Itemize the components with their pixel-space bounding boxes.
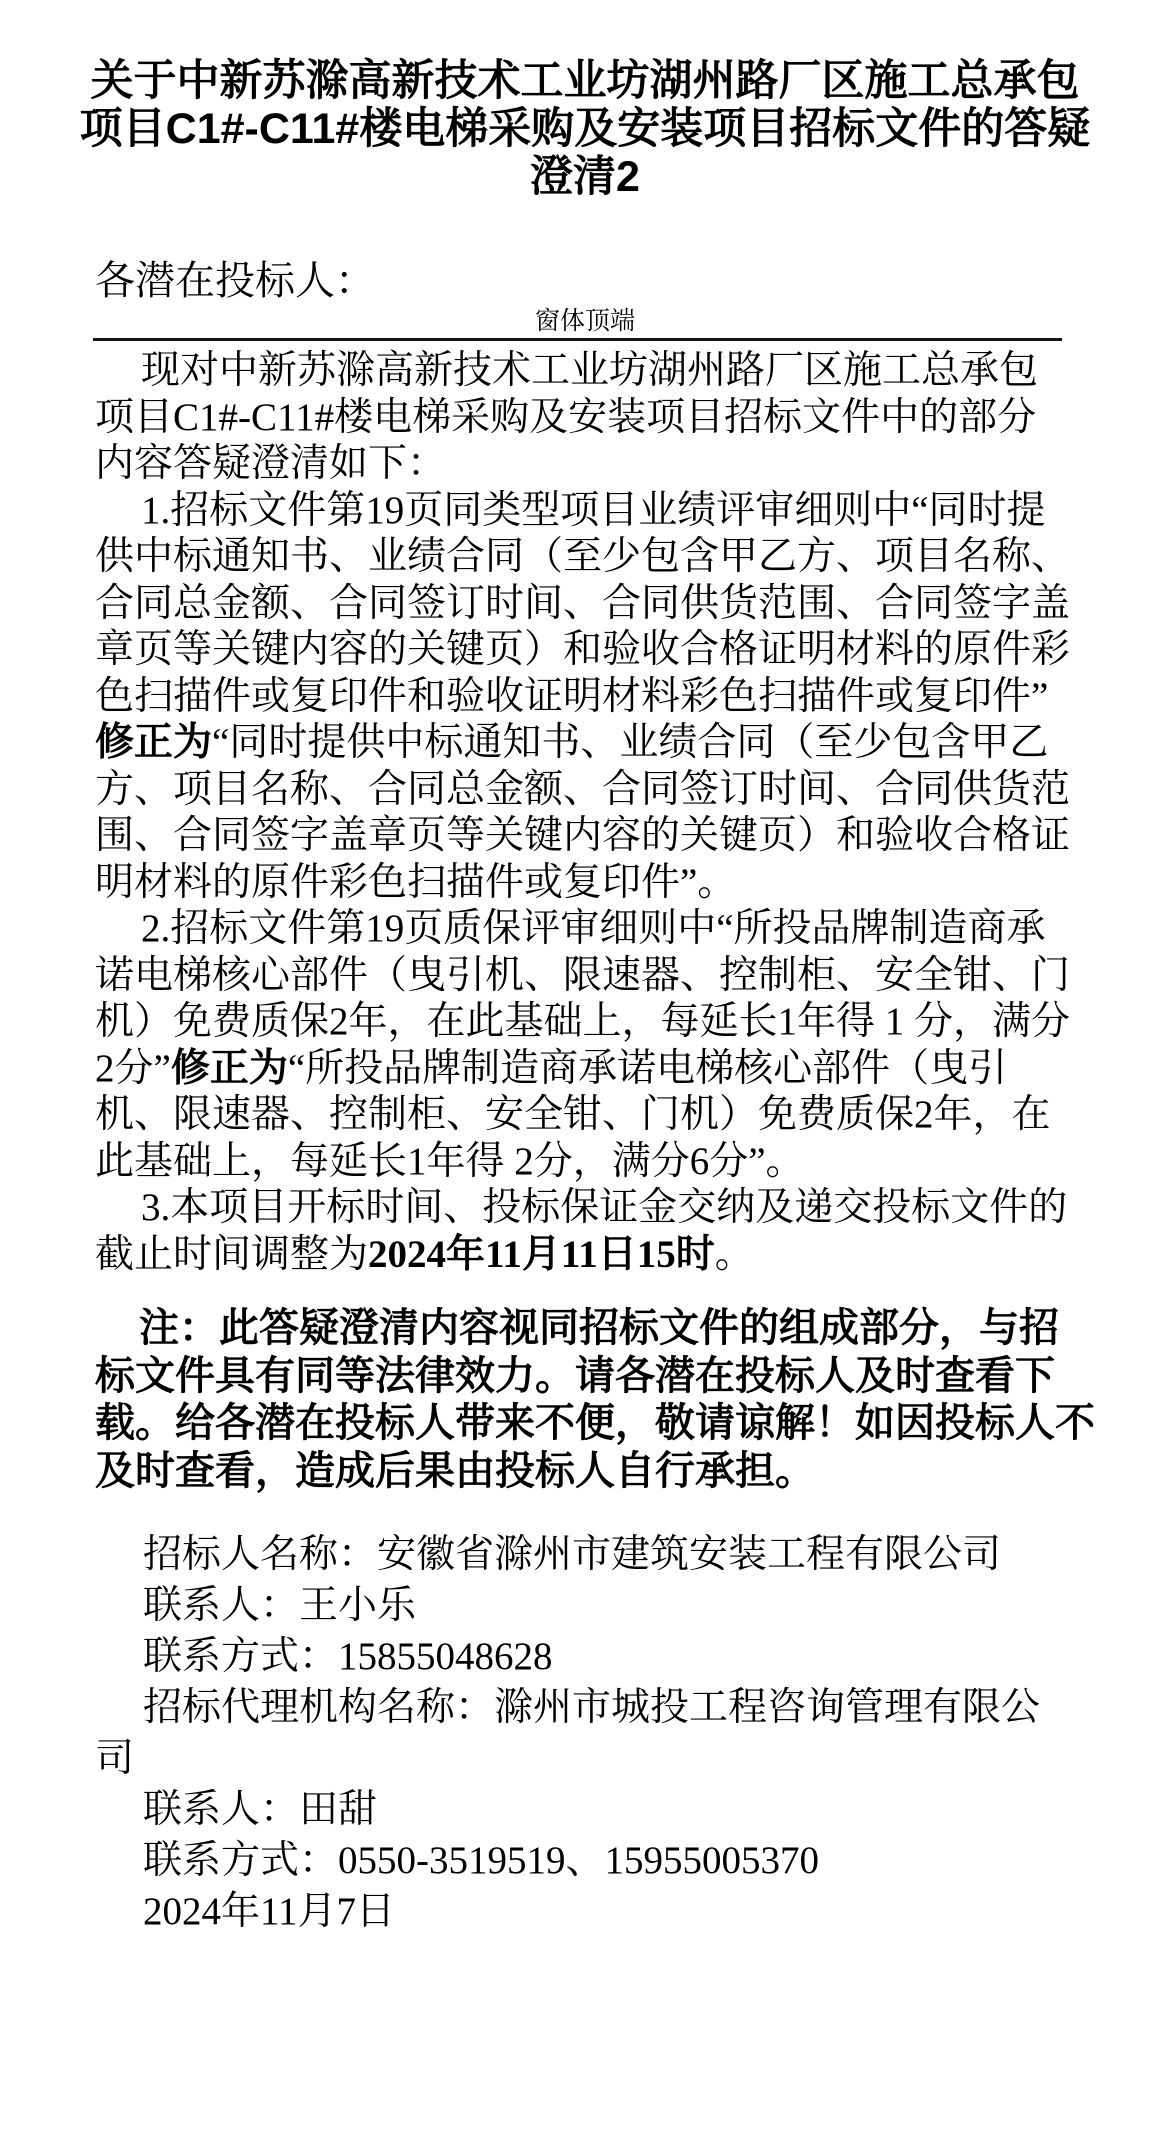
tenderer-phone-line: 联系方式：15855048628 — [95, 1631, 1115, 1682]
agency-contact-person-line: 联系人：田甜 — [95, 1784, 1115, 1835]
paragraph-item-2: 2.招标文件第19页质保评审细则中“所投品牌制造商承诺电梯核心部件（曳引机、限速… — [95, 906, 1115, 1185]
paragraph-item-3: 3.本项目开标时间、投标保证金交纳及递交投标文件的截止时间调整为2024年11月… — [95, 1185, 1115, 1278]
tenderer-name-line: 招标人名称：安徽省滁州市建筑安装工程有限公司 — [95, 1529, 1115, 1580]
tenderer-contact-person-line: 联系人：王小乐 — [95, 1580, 1115, 1631]
salutation: 各潜在投标人： — [95, 257, 1120, 304]
agency-phone-line: 联系方式：0550-3519519、15955005370 — [95, 1835, 1115, 1886]
document-date-line: 2024年11月7日 — [95, 1886, 1115, 1937]
contact-block: 招标人名称：安徽省滁州市建筑安装工程有限公司 联系人：王小乐 联系方式：1585… — [95, 1529, 1115, 1937]
form-top-label: 窗体顶端 — [0, 307, 1170, 336]
paragraph-item-1: 1.招标文件第19页同类型项目业绩评审细则中“同时提供中标通知书、业绩合同（至少… — [95, 488, 1115, 907]
document-title: 关于中新苏滁高新技术工业坊湖州路厂区施工总承包项目C1#-C11#楼电梯采购及安… — [55, 57, 1115, 201]
document-page: 关于中新苏滁高新技术工业坊湖州路厂区施工总承包项目C1#-C11#楼电梯采购及安… — [0, 0, 1170, 2134]
agency-name-line: 招标代理机构名称：滁州市城投工程咨询管理有限公司 — [95, 1682, 1115, 1784]
divider-line — [93, 338, 1062, 341]
paragraph-note: 注：此答疑澄清内容视同招标文件的组成部分，与招标文件具有同等法律效力。请各潜在投… — [95, 1304, 1115, 1494]
paragraph-intro: 现对中新苏滁高新技术工业坊湖州路厂区施工总承包项目C1#-C11#楼电梯采购及安… — [95, 348, 1115, 488]
